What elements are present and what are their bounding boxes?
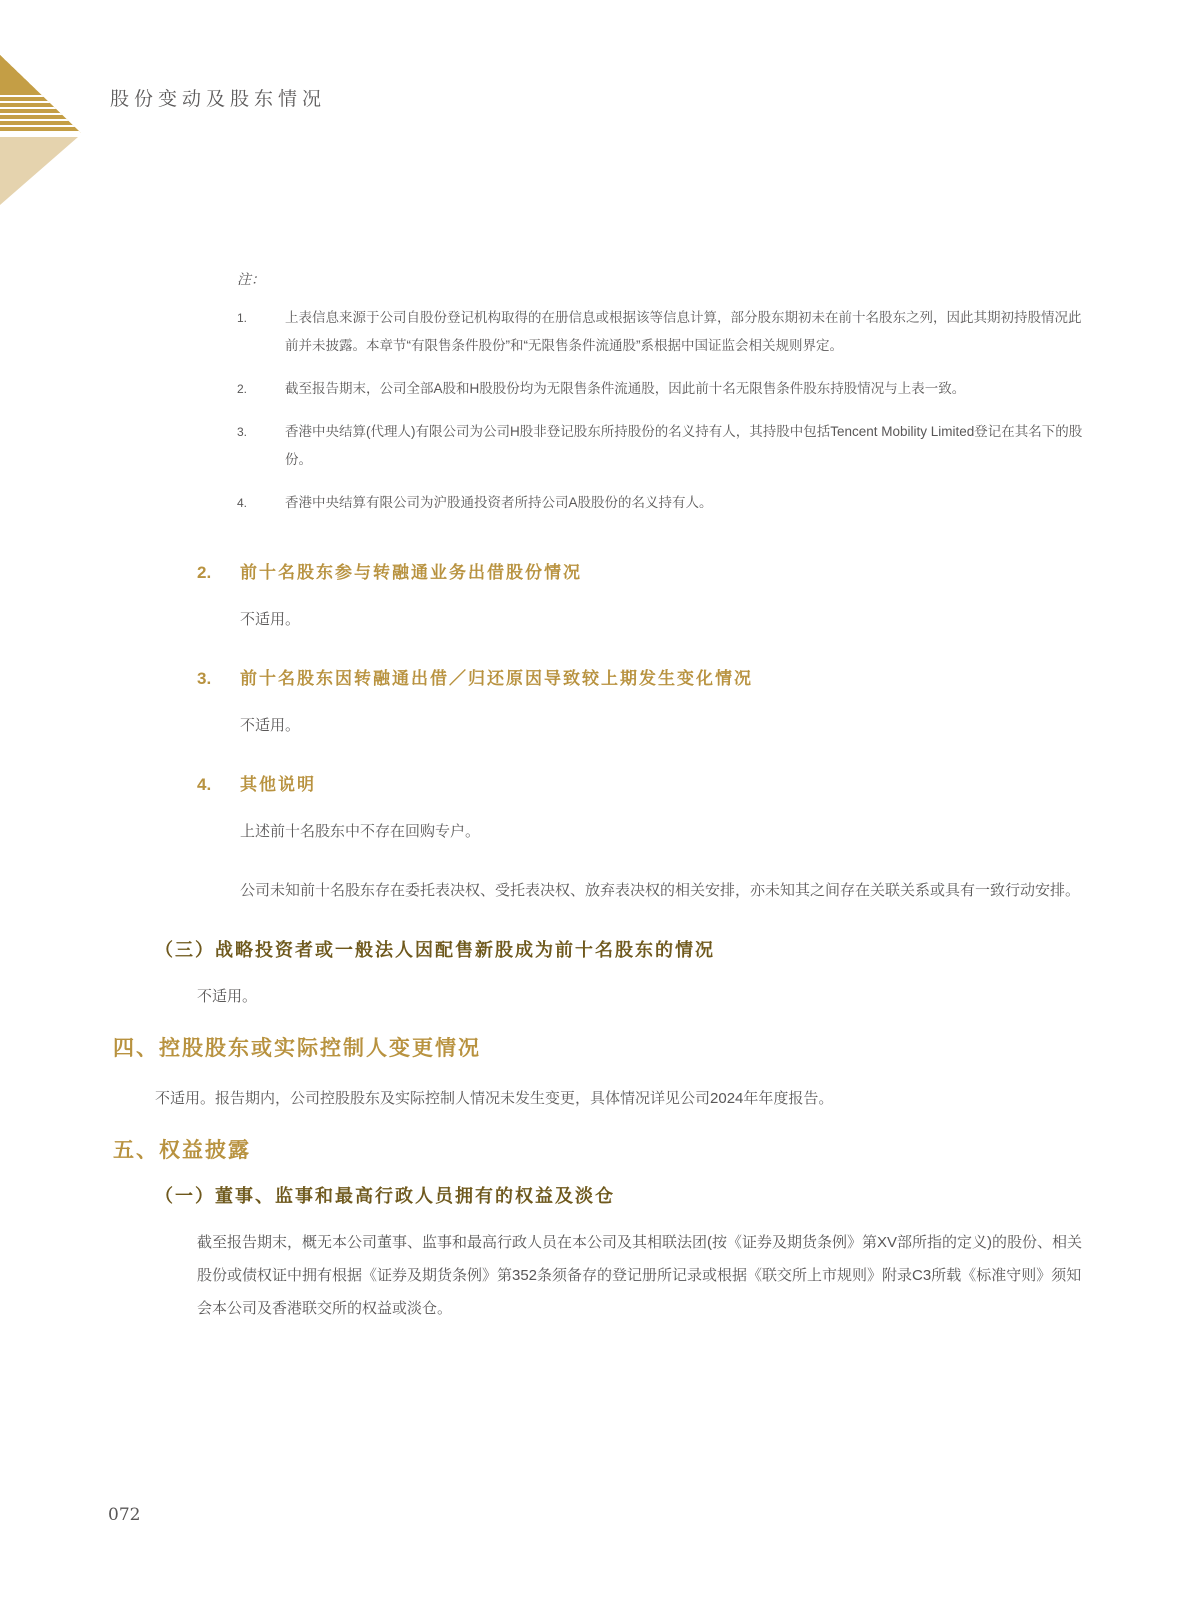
note-number: 4. xyxy=(237,489,285,517)
note-text: 香港中央结算(代理人)有限公司为公司H股非登记股东所持股份的名义持有人，其持股中… xyxy=(285,418,1084,474)
section-other-notes-heading: 4. 其他说明 xyxy=(197,773,1084,797)
note-item-2: 2. 截至报告期末，公司全部A股和H股股份均为无限售条件流通股，因此前十名无限售… xyxy=(237,375,1084,403)
section-lending-change: 3. 前十名股东因转融通出借／归还原因导致较上期发生变化情况 不适用。 xyxy=(197,667,1084,742)
report-page: 股份变动及股东情况 注： 1. 上表信息来源于公司自股份登记机构取得的在册信息或… xyxy=(0,0,1190,1615)
section-title: 前十名股东因转融通出借／归还原因导致较上期发生变化情况 xyxy=(240,667,1084,691)
corner-arrow-tan-triangle xyxy=(0,137,78,205)
note-item-3: 3. 香港中央结算(代理人)有限公司为公司H股非登记股东所持股份的名义持有人，其… xyxy=(237,418,1084,474)
corner-arrow-icon xyxy=(0,55,82,205)
strategic-investors-body: 不适用。 xyxy=(197,980,1082,1013)
note-text: 香港中央结算有限公司为沪股通投资者所持公司A股股份的名义持有人。 xyxy=(285,489,1084,517)
note-number: 3. xyxy=(237,418,285,474)
heading-strategic-investors: （三）战略投资者或一般法人因配售新股成为前十名股东的情况 xyxy=(155,937,1084,963)
section-lending-heading: 2. 前十名股东参与转融通业务出借股份情况 xyxy=(197,561,1084,585)
note-number: 1. xyxy=(237,304,285,360)
note-number: 2. xyxy=(237,375,285,403)
section-number: 2. xyxy=(197,561,240,585)
section-title: 前十名股东参与转融通业务出借股份情况 xyxy=(240,561,1084,585)
section-other-notes: 4. 其他说明 上述前十名股东中不存在回购专户。 公司未知前十名股东存在委托表决… xyxy=(197,773,1084,907)
notes-block: 注： 1. 上表信息来源于公司自股份登记机构取得的在册信息或根据该等信息计算，部… xyxy=(237,266,1084,517)
heading-equity-disclosure: 五、权益披露 xyxy=(113,1136,1084,1166)
section-body: 不适用。 xyxy=(240,603,1084,636)
note-item-4: 4. 香港中央结算有限公司为沪股通投资者所持公司A股股份的名义持有人。 xyxy=(237,489,1084,517)
section-number: 3. xyxy=(197,667,240,691)
controller-change-body: 不适用。报告期内，公司控股股东及实际控制人情况未发生变更，具体情况详见公司202… xyxy=(155,1082,1084,1115)
section-title: 其他说明 xyxy=(240,773,1084,797)
heading-controller-change: 四、控股股东或实际控制人变更情况 xyxy=(113,1034,1084,1064)
directors-interests-body: 截至报告期末，概无本公司董事、监事和最高行政人员在本公司及其相联法团(按《证券及… xyxy=(197,1226,1082,1325)
notes-label: 注： xyxy=(237,266,1084,292)
note-text: 截至报告期末，公司全部A股和H股股份均为无限售条件流通股，因此前十名无限售条件股… xyxy=(285,375,1084,403)
chapter-header-title: 股份变动及股东情况 xyxy=(110,84,326,111)
section-body: 上述前十名股东中不存在回购专户。 xyxy=(240,815,1084,848)
section-lending-change-heading: 3. 前十名股东因转融通出借／归还原因导致较上期发生变化情况 xyxy=(197,667,1084,691)
section-lending: 2. 前十名股东参与转融通业务出借股份情况 不适用。 xyxy=(197,561,1084,636)
note-item-1: 1. 上表信息来源于公司自股份登记机构取得的在册信息或根据该等信息计算，部分股东… xyxy=(237,304,1084,360)
page-number: 072 xyxy=(108,1505,140,1525)
page-content: 注： 1. 上表信息来源于公司自股份登记机构取得的在册信息或根据该等信息计算，部… xyxy=(0,266,1190,1325)
note-text: 上表信息来源于公司自股份登记机构取得的在册信息或根据该等信息计算，部分股东期初未… xyxy=(285,304,1084,360)
section-body: 不适用。 xyxy=(240,709,1084,742)
section-body: 公司未知前十名股东存在委托表决权、受托表决权、放弃表决权的相关安排，亦未知其之间… xyxy=(240,874,1084,907)
heading-directors-interests: （一）董事、监事和最高行政人员拥有的权益及淡仓 xyxy=(155,1183,1084,1209)
section-number: 4. xyxy=(197,773,240,797)
corner-arrow-striped-triangle xyxy=(0,55,81,133)
